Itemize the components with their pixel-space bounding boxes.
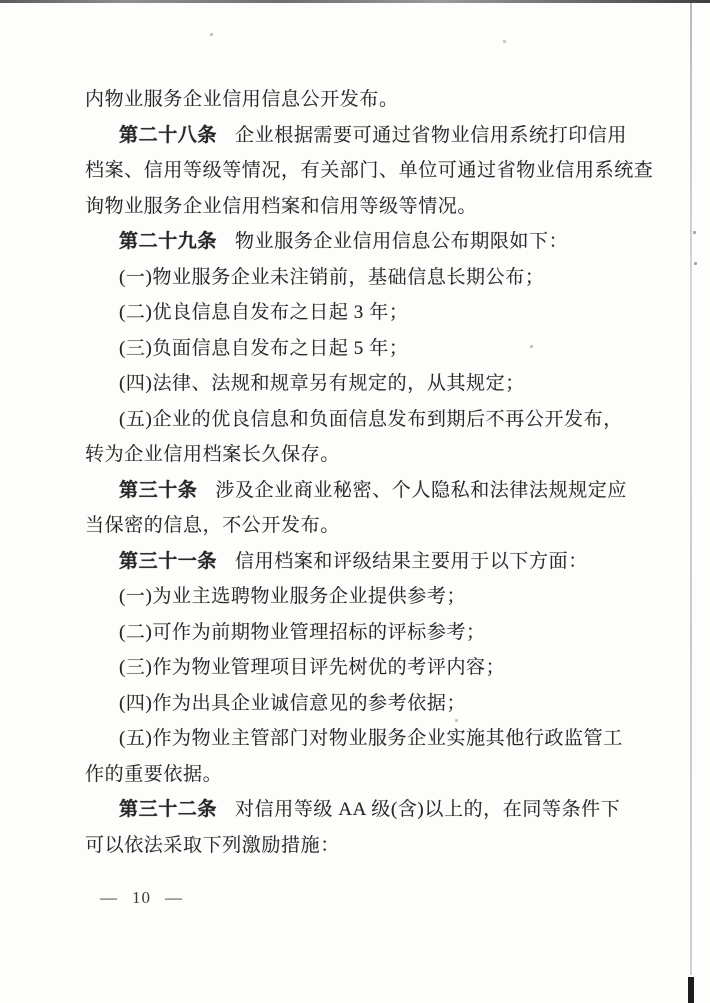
page-number-dash-right: — [165, 888, 183, 907]
line-text: (一)物业服务企业未注销前，基础信息长期公布； [119, 267, 544, 288]
document-text-block: 内物业服务企业信用信息公开发布。 第二十八条企业根据需要可通过省物业信用系统打印… [85, 82, 645, 863]
article-heading: 第三十二条 [119, 799, 217, 820]
line-text: (五)企业的优良信息和负面信息发布到期后不再公开发布， [119, 409, 623, 430]
scan-corner-mark [688, 977, 694, 1003]
text-line: (五)作为物业主管部门对物业服务企业实施其他行政监管工 [85, 721, 645, 757]
article-heading: 第二十九条 [119, 231, 217, 252]
line-text: 信用档案和评级结果主要用于以下方面： [235, 551, 588, 572]
scan-speck [503, 40, 506, 43]
text-line: (四)法律、法规和规章另有规定的，从其规定； [85, 366, 645, 402]
line-text: (二)优良信息自发布之日起 3 年； [119, 302, 408, 323]
text-line: 作的重要依据。 [85, 757, 645, 793]
line-text: 企业根据需要可通过省物业信用系统打印信用 [235, 125, 627, 146]
text-line: (三)负面信息自发布之日起 5 年； [85, 331, 645, 367]
line-text: 对信用等级 AA 级(含)以上的，在同等条件下 [235, 799, 620, 820]
scan-speck [694, 262, 697, 265]
text-line: 询物业服务企业信用档案和信用等级等情况。 [85, 189, 645, 225]
scan-top-edge [0, 0, 710, 3]
line-text: (三)负面信息自发布之日起 5 年； [119, 338, 408, 359]
line-text: 物业服务企业信用信息公布期限如下： [235, 231, 568, 252]
page-number-dash-left: — [100, 888, 118, 907]
scan-speck [210, 33, 213, 36]
text-line: 第三十条涉及企业商业秘密、个人隐私和法律法规规定应 [85, 473, 645, 509]
text-line: 可以依法采取下列激励措施： [85, 828, 645, 864]
line-text: 档案、信用等级等情况，有关部门、单位可通过省物业信用系统查 [85, 160, 653, 181]
line-text: 转为企业信用档案长久保存。 [85, 444, 340, 465]
text-line: (四)作为出具企业诚信意见的参考依据； [85, 686, 645, 722]
page-number-value: 10 [132, 888, 151, 907]
line-text: (三)作为物业管理项目评先树优的考评内容； [119, 657, 505, 678]
text-line: 档案、信用等级等情况，有关部门、单位可通过省物业信用系统查 [85, 153, 645, 189]
page-number: —10— [93, 888, 190, 908]
text-line: (二)优良信息自发布之日起 3 年； [85, 295, 645, 331]
text-line: 转为企业信用档案长久保存。 [85, 437, 645, 473]
text-line: (一)为业主选聘物业服务企业提供参考； [85, 579, 645, 615]
text-line: 第三十一条信用档案和评级结果主要用于以下方面： [85, 544, 645, 580]
line-text: (二)可作为前期物业管理招标的评标参考； [119, 622, 486, 643]
scan-right-edge-line [690, 3, 692, 975]
line-text: 询物业服务企业信用档案和信用等级等情况。 [85, 196, 477, 217]
article-heading: 第二十八条 [119, 125, 217, 146]
line-text: (五)作为物业主管部门对物业服务企业实施其他行政监管工 [119, 728, 623, 749]
text-line: (一)物业服务企业未注销前，基础信息长期公布； [85, 260, 645, 296]
text-line: 内物业服务企业信用信息公开发布。 [85, 82, 645, 118]
article-heading: 第三十一条 [119, 551, 217, 572]
text-line: 第二十九条物业服务企业信用信息公布期限如下： [85, 224, 645, 260]
line-text: 内物业服务企业信用信息公开发布。 [85, 89, 399, 110]
text-line: (二)可作为前期物业管理招标的评标参考； [85, 615, 645, 651]
line-text: (四)作为出具企业诚信意见的参考依据； [119, 693, 466, 714]
text-line: 第三十二条对信用等级 AA 级(含)以上的，在同等条件下 [85, 792, 645, 828]
line-text: (一)为业主选聘物业服务企业提供参考； [119, 586, 466, 607]
text-line: 第二十八条企业根据需要可通过省物业信用系统打印信用 [85, 118, 645, 154]
line-text: 作的重要依据。 [85, 764, 222, 785]
article-heading: 第三十条 [119, 480, 197, 501]
line-text: (四)法律、法规和规章另有规定的，从其规定； [119, 373, 525, 394]
text-line: (五)企业的优良信息和负面信息发布到期后不再公开发布， [85, 402, 645, 438]
text-line: (三)作为物业管理项目评先树优的考评内容； [85, 650, 645, 686]
line-text: 涉及企业商业秘密、个人隐私和法律法规规定应 [215, 480, 627, 501]
line-text: 可以依法采取下列激励措施： [85, 835, 340, 856]
text-line: 当保密的信息，不公开发布。 [85, 508, 645, 544]
scan-speck [693, 231, 696, 234]
line-text: 当保密的信息，不公开发布。 [85, 515, 340, 536]
